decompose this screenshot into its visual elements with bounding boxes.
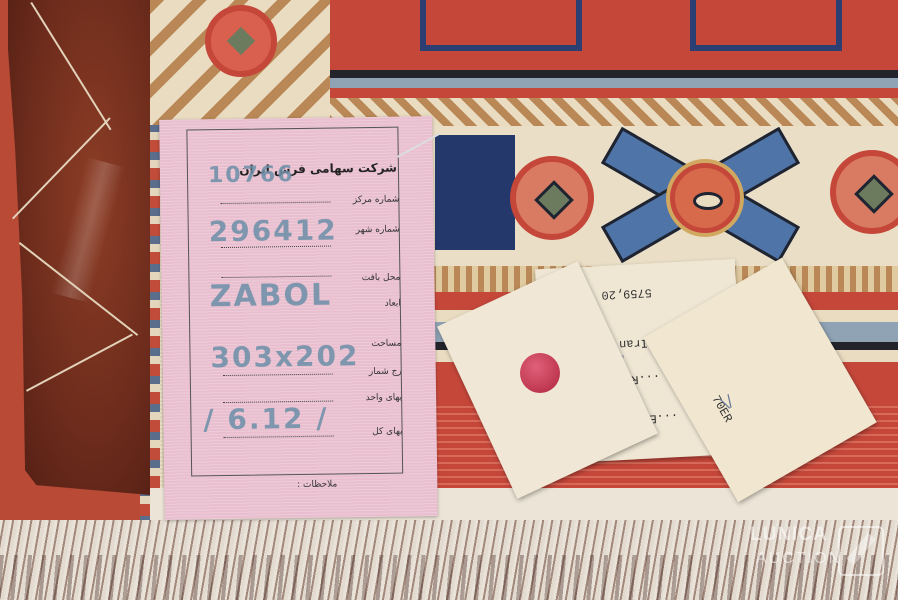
field-label-total-price: بهای کل bbox=[372, 427, 403, 437]
watermark-line2: AUCTION bbox=[756, 550, 842, 568]
photo-scene: شرکت سهامی فرش ایران 10766 شماره مرکز 29… bbox=[0, 0, 898, 600]
rug-rosette bbox=[830, 150, 898, 234]
rug-motif-band bbox=[430, 126, 898, 266]
gavel-icon bbox=[838, 526, 884, 576]
tag-price: 5759,20 bbox=[601, 285, 652, 302]
auction-watermark: LUNICA AUCTION bbox=[750, 522, 890, 577]
rug-rosette bbox=[510, 156, 594, 240]
field-label-dimensions: ابعاد bbox=[385, 299, 401, 309]
rug-rosette bbox=[205, 5, 277, 77]
leather-highlight bbox=[51, 157, 126, 303]
rug-field-red bbox=[330, 0, 898, 70]
label-notes: ملاحظات : bbox=[297, 479, 337, 490]
field-value-weaving-place: ZABOL bbox=[209, 278, 332, 315]
watermark-line1: LUNICA bbox=[750, 524, 828, 546]
field-label-knot-count: رج شمار bbox=[369, 367, 402, 377]
rug-navy-block bbox=[435, 135, 515, 250]
field-label-city-number: شماره شهر bbox=[356, 225, 400, 236]
field-value-city-number: 296412 bbox=[209, 213, 338, 248]
rug-medallion bbox=[690, 0, 842, 51]
rug-cross-motif bbox=[605, 138, 795, 248]
field-value-total-price: / 6.12 / bbox=[203, 402, 328, 437]
field-label-area: مساحت bbox=[371, 339, 401, 349]
rug-medallion bbox=[420, 0, 582, 51]
leather-binding bbox=[8, 0, 150, 495]
field-value-area: 303x202 bbox=[210, 339, 359, 374]
field-label-center-number: شماره مرکز bbox=[353, 195, 400, 206]
carpet-company-label: شرکت سهامی فرش ایران 10766 شماره مرکز 29… bbox=[159, 116, 438, 520]
rug-stripe-red bbox=[330, 88, 898, 98]
rug-stripe-dark bbox=[330, 70, 898, 78]
field-label-weaving-place: محل بافت bbox=[362, 273, 401, 284]
red-seal bbox=[520, 353, 560, 393]
field-value-center-number: 10766 bbox=[208, 162, 295, 188]
rug-stripe-blue bbox=[330, 78, 898, 88]
field-label-unit-price: بهای واحد bbox=[366, 393, 403, 404]
